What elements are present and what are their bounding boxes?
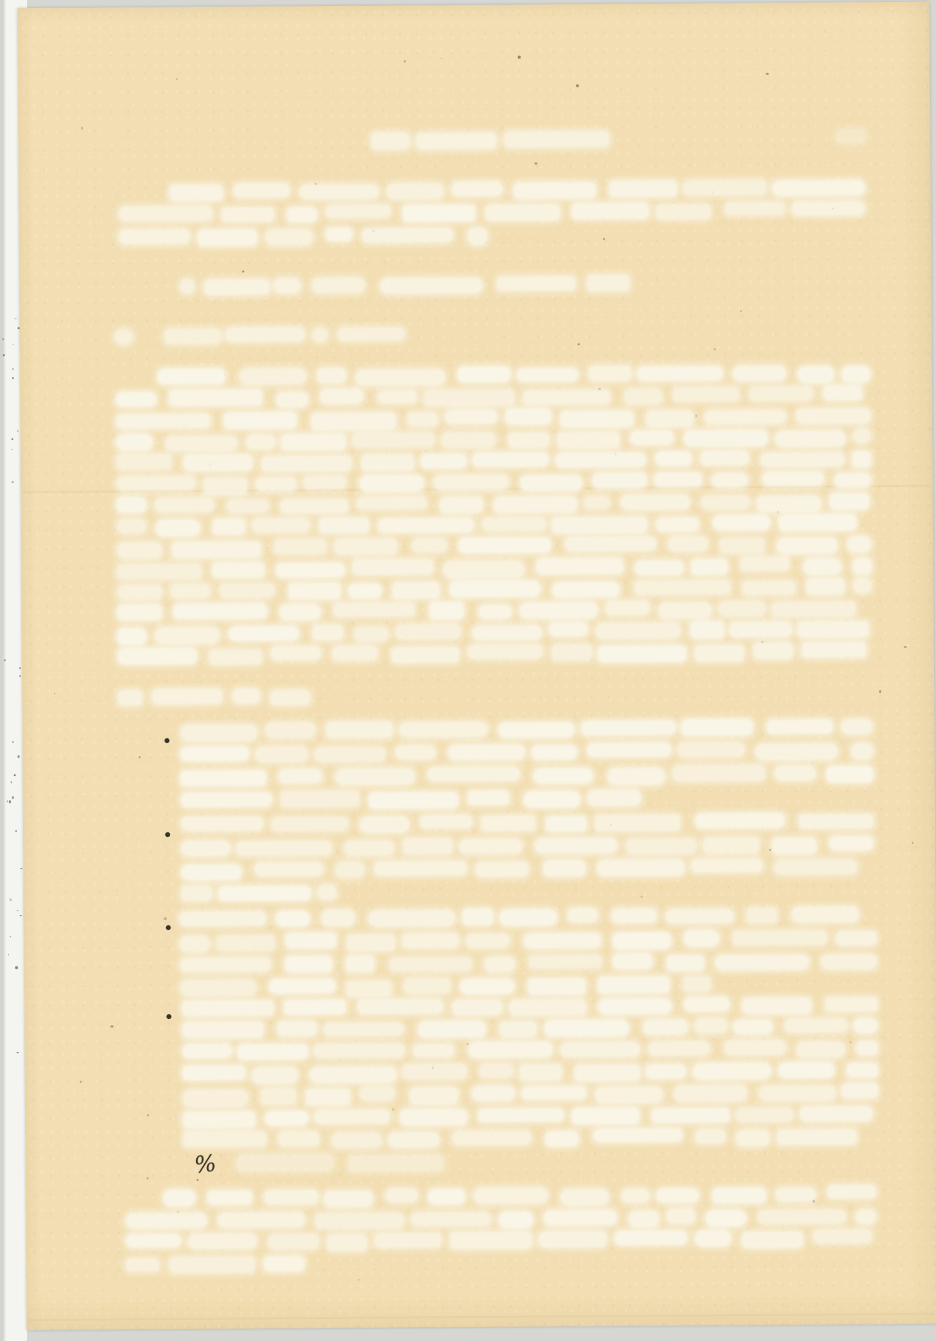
word-blob xyxy=(779,1063,833,1078)
word-blob xyxy=(117,542,162,558)
word-blob xyxy=(183,1132,266,1147)
word-blob xyxy=(116,413,210,428)
word-blob xyxy=(181,841,230,856)
word-blob xyxy=(643,1019,687,1034)
word-blob xyxy=(306,1089,351,1106)
word-blob xyxy=(667,955,704,971)
word-blob xyxy=(389,957,472,971)
word-blob xyxy=(169,1257,255,1273)
word-blob xyxy=(592,473,647,488)
word-blob xyxy=(615,1230,686,1245)
word-blob xyxy=(715,954,809,970)
word-blob xyxy=(673,1085,747,1101)
word-blob xyxy=(484,956,516,972)
word-blob xyxy=(733,366,786,381)
word-blob xyxy=(218,1212,305,1228)
word-blob xyxy=(774,766,816,781)
word-blob xyxy=(476,862,529,877)
word-blob xyxy=(720,538,765,553)
word-blob xyxy=(729,622,791,638)
word-blob xyxy=(183,454,252,470)
word-blob xyxy=(448,745,524,761)
word-blob xyxy=(374,861,466,876)
word-blob xyxy=(411,1212,491,1226)
word-blob xyxy=(182,1001,273,1017)
word-blob xyxy=(317,885,336,900)
word-blob xyxy=(278,1022,317,1037)
word-blob xyxy=(459,537,550,553)
word-blob xyxy=(791,201,864,216)
word-blob xyxy=(165,329,221,344)
word-blob xyxy=(552,582,620,598)
word-blob xyxy=(126,1213,207,1228)
word-blob xyxy=(320,389,363,404)
word-blob xyxy=(371,133,409,150)
word-blob xyxy=(560,411,633,427)
word-blob xyxy=(403,1064,467,1080)
word-blob xyxy=(693,1063,771,1079)
word-blob xyxy=(180,724,257,741)
word-blob xyxy=(635,561,683,575)
word-blob xyxy=(523,791,579,807)
word-blob xyxy=(181,865,241,880)
word-blob xyxy=(333,602,414,617)
word-blob xyxy=(183,1112,255,1128)
word-blob xyxy=(626,839,696,854)
word-blob xyxy=(756,744,838,761)
word-blob xyxy=(403,838,452,854)
word-blob xyxy=(799,814,874,829)
word-blob xyxy=(481,815,534,831)
word-blob xyxy=(315,746,385,762)
word-blob xyxy=(463,909,493,925)
word-blob xyxy=(300,185,379,199)
word-blob xyxy=(468,228,488,245)
word-blob xyxy=(466,934,510,948)
word-blob xyxy=(775,430,845,446)
word-blob xyxy=(753,643,792,659)
word-blob xyxy=(609,180,676,197)
word-blob xyxy=(778,514,855,531)
word-blob xyxy=(278,1131,319,1147)
word-blob xyxy=(468,645,543,659)
word-blob xyxy=(332,1133,381,1148)
word-blob xyxy=(646,410,693,427)
word-blob xyxy=(691,859,763,873)
closing-paragraph xyxy=(0,0,931,3)
word-blob xyxy=(236,841,331,856)
word-blob xyxy=(854,1018,878,1033)
word-blob xyxy=(718,601,765,616)
word-blob xyxy=(158,369,225,384)
word-blob xyxy=(352,432,434,448)
word-blob xyxy=(666,1209,695,1223)
word-blob xyxy=(204,279,269,295)
word-blob xyxy=(180,979,256,995)
word-blob xyxy=(733,931,827,946)
word-blob xyxy=(213,518,246,535)
word-blob xyxy=(180,911,267,926)
word-blob xyxy=(536,838,618,853)
word-blob xyxy=(827,1185,876,1199)
word-blob xyxy=(595,815,680,831)
word-blob xyxy=(444,561,525,578)
word-blob xyxy=(583,496,610,510)
word-blob xyxy=(724,201,785,215)
word-blob xyxy=(827,766,873,783)
word-blob xyxy=(268,1234,319,1249)
word-blob xyxy=(524,933,601,948)
word-blob xyxy=(558,432,620,448)
word-blob xyxy=(154,498,213,513)
word-blob xyxy=(326,722,392,738)
word-blob xyxy=(695,1018,728,1033)
word-blob xyxy=(701,451,748,465)
word-blob xyxy=(802,642,866,658)
word-blob xyxy=(568,908,598,923)
word-blob xyxy=(646,1065,686,1079)
word-blob xyxy=(209,649,263,665)
word-blob xyxy=(690,622,723,639)
word-blob xyxy=(656,452,691,466)
word-blob xyxy=(506,409,551,425)
word-blob xyxy=(116,434,152,450)
word-blob xyxy=(326,227,353,241)
word-blob xyxy=(180,957,271,972)
word-blob xyxy=(265,1111,308,1126)
word-blob xyxy=(539,1231,607,1248)
word-blob xyxy=(682,719,753,736)
bullet-dot: • xyxy=(166,1014,171,1019)
word-blob xyxy=(621,494,691,510)
word-blob xyxy=(637,367,723,381)
word-blob xyxy=(402,934,459,949)
word-blob xyxy=(543,860,586,877)
word-blob xyxy=(348,1155,443,1172)
word-blob xyxy=(183,1044,232,1058)
word-blob xyxy=(556,453,646,468)
word-blob xyxy=(549,622,588,636)
word-blob xyxy=(407,412,439,427)
word-blob xyxy=(180,936,210,952)
word-blob xyxy=(847,1063,878,1078)
word-blob xyxy=(261,455,351,471)
word-blob xyxy=(701,495,750,510)
word-blob xyxy=(798,367,834,383)
word-blob xyxy=(418,1021,485,1038)
word-blob xyxy=(445,410,497,425)
word-blob xyxy=(847,536,872,553)
word-blob xyxy=(270,690,310,706)
word-blob xyxy=(514,182,596,198)
word-blob xyxy=(255,746,307,762)
word-blob xyxy=(561,1189,609,1205)
percent-symbol: % xyxy=(193,1151,218,1179)
word-blob xyxy=(362,228,453,242)
word-blob xyxy=(403,205,475,221)
word-blob xyxy=(459,838,522,854)
word-blob xyxy=(695,646,743,662)
word-blob xyxy=(449,580,540,597)
word-blob xyxy=(797,621,869,637)
word-blob xyxy=(386,1188,418,1202)
word-blob xyxy=(226,328,305,342)
word-blob xyxy=(441,432,496,448)
word-blob xyxy=(117,497,146,512)
word-blob xyxy=(486,205,561,221)
word-blob xyxy=(509,999,586,1016)
word-blob xyxy=(598,976,668,993)
bullet-dot: • xyxy=(166,925,171,930)
word-blob xyxy=(589,366,630,381)
word-blob xyxy=(545,1020,629,1037)
word-blob xyxy=(322,909,355,926)
word-blob xyxy=(324,1190,373,1206)
word-blob xyxy=(116,392,156,406)
word-blob xyxy=(624,389,662,405)
word-blob xyxy=(713,1188,766,1203)
word-blob xyxy=(775,859,858,874)
word-blob xyxy=(695,1230,731,1246)
word-blob xyxy=(598,998,671,1013)
word-blob xyxy=(761,452,845,467)
word-blob xyxy=(523,390,611,405)
body-paragraph xyxy=(0,0,931,3)
word-blob xyxy=(622,1188,650,1202)
word-blob xyxy=(152,689,222,704)
word-blob xyxy=(116,454,171,469)
word-blob xyxy=(757,495,822,512)
word-blob xyxy=(119,206,213,221)
word-blob xyxy=(853,559,871,575)
word-blob xyxy=(181,816,263,830)
word-blob xyxy=(183,1066,245,1080)
word-blob xyxy=(400,1109,467,1125)
word-blob xyxy=(742,1231,803,1247)
word-blob xyxy=(806,578,845,595)
word-blob xyxy=(314,1044,405,1059)
word-blob xyxy=(452,1000,502,1015)
word-blob xyxy=(429,602,464,619)
word-blob xyxy=(188,1233,258,1249)
word-blob xyxy=(261,1088,296,1104)
word-blob xyxy=(310,1066,396,1082)
bullet-item-3: • xyxy=(0,0,931,3)
word-blob xyxy=(173,604,267,619)
word-blob xyxy=(219,886,311,901)
word-blob xyxy=(433,475,508,490)
word-blob xyxy=(276,563,344,578)
word-blob xyxy=(388,1133,439,1148)
word-blob xyxy=(683,976,711,992)
paper-rotation-wrapper: % •••• xyxy=(0,0,936,1341)
word-blob xyxy=(546,817,587,832)
word-blob xyxy=(378,390,416,404)
word-blob xyxy=(356,369,445,386)
word-blob xyxy=(361,455,413,471)
word-blob xyxy=(312,278,364,293)
word-blob xyxy=(836,129,865,143)
word-blob xyxy=(836,931,877,945)
word-blob xyxy=(224,412,296,428)
word-blob xyxy=(255,862,324,876)
word-blob xyxy=(522,1086,586,1100)
word-blob xyxy=(281,498,349,513)
word-blob xyxy=(480,1064,513,1078)
word-blob xyxy=(458,367,510,382)
word-blob xyxy=(313,328,328,343)
word-blob xyxy=(695,812,785,828)
word-blob xyxy=(823,385,862,400)
word-blob xyxy=(360,817,409,833)
word-blob xyxy=(357,496,427,510)
word-blob xyxy=(704,410,787,425)
word-blob xyxy=(536,558,624,574)
word-blob xyxy=(498,722,574,738)
word-blob xyxy=(264,1190,317,1205)
word-blob xyxy=(613,933,671,949)
percent-line xyxy=(0,0,931,3)
word-blob xyxy=(265,723,315,739)
word-blob xyxy=(416,133,496,149)
word-blob xyxy=(803,558,841,574)
word-blob xyxy=(324,1022,404,1036)
word-blob xyxy=(552,517,647,534)
word-blob xyxy=(508,432,549,447)
word-blob xyxy=(749,387,813,401)
word-blob xyxy=(772,180,864,195)
word-blob xyxy=(183,1090,248,1107)
word-blob xyxy=(252,1067,297,1083)
word-blob xyxy=(115,329,133,344)
word-blob xyxy=(659,602,712,618)
word-blob xyxy=(274,279,300,294)
word-blob xyxy=(479,605,512,619)
word-blob xyxy=(857,1041,878,1055)
word-blob xyxy=(182,1022,263,1038)
running-head xyxy=(0,0,931,3)
word-blob xyxy=(450,1232,532,1249)
word-blob xyxy=(608,768,665,785)
word-blob xyxy=(236,1154,333,1172)
word-blob xyxy=(742,580,795,595)
word-blob xyxy=(842,720,873,735)
word-blob xyxy=(704,837,760,853)
page-number xyxy=(0,0,931,3)
word-blob xyxy=(472,1086,515,1101)
word-blob xyxy=(352,560,433,575)
word-blob xyxy=(572,203,649,219)
word-blob xyxy=(575,1065,640,1081)
word-blob xyxy=(800,1106,872,1122)
word-blob xyxy=(182,886,212,901)
word-blob xyxy=(281,434,345,451)
word-blob xyxy=(287,207,318,223)
word-blob xyxy=(587,275,629,291)
word-blob xyxy=(497,276,575,291)
word-blob xyxy=(126,1258,159,1272)
word-blob xyxy=(835,473,871,487)
word-blob xyxy=(203,478,246,494)
word-blob xyxy=(656,517,699,531)
word-blob xyxy=(311,413,397,430)
word-blob xyxy=(733,1020,772,1034)
bullet-dot: • xyxy=(165,832,170,837)
word-blob xyxy=(118,648,197,665)
word-blob xyxy=(255,477,296,491)
word-blob xyxy=(648,1041,709,1055)
word-blob xyxy=(344,840,394,856)
word-blob xyxy=(181,747,249,761)
word-blob xyxy=(404,978,450,993)
word-blob xyxy=(842,1083,878,1099)
word-blob xyxy=(777,1129,857,1144)
word-blob xyxy=(280,604,320,621)
word-blob xyxy=(544,1210,617,1225)
word-blob xyxy=(743,998,812,1014)
word-blob xyxy=(478,1108,563,1122)
word-blob xyxy=(588,742,671,757)
word-blob xyxy=(829,493,868,509)
word-blob xyxy=(757,1210,846,1225)
word-blob xyxy=(494,497,577,513)
word-blob xyxy=(821,954,878,970)
word-blob xyxy=(691,560,728,574)
word-blob xyxy=(169,390,261,407)
word-blob xyxy=(684,997,729,1012)
word-blob xyxy=(657,1189,699,1203)
word-blob xyxy=(233,183,290,197)
word-blob xyxy=(711,473,747,487)
word-blob xyxy=(771,602,856,617)
word-blob xyxy=(278,769,322,783)
word-blob xyxy=(572,1108,640,1124)
word-blob xyxy=(126,1234,181,1248)
word-blob xyxy=(288,583,341,599)
word-blob xyxy=(180,279,194,294)
word-blob xyxy=(170,184,223,200)
word-blob xyxy=(172,542,262,558)
word-blob xyxy=(375,1233,440,1248)
bullet-item-1: • xyxy=(0,0,931,3)
word-blob xyxy=(461,979,515,994)
word-blob xyxy=(335,862,364,878)
word-blob xyxy=(796,408,870,424)
word-blob xyxy=(326,204,392,218)
word-blob xyxy=(392,647,459,662)
word-blob xyxy=(357,999,443,1013)
word-blob xyxy=(565,537,656,551)
word-blob xyxy=(856,1209,876,1224)
word-blob xyxy=(156,520,200,536)
word-blob xyxy=(684,180,767,195)
word-blob xyxy=(155,627,220,644)
word-blob xyxy=(247,435,276,450)
word-blob xyxy=(853,428,871,443)
word-blob xyxy=(596,623,681,640)
word-blob xyxy=(208,1190,252,1205)
word-blob xyxy=(269,979,335,993)
word-blob xyxy=(119,229,190,244)
word-blob xyxy=(767,720,832,734)
word-blob xyxy=(252,518,310,533)
word-blob xyxy=(217,936,275,951)
word-blob xyxy=(724,1040,785,1056)
word-blob xyxy=(117,519,147,533)
word-blob xyxy=(354,626,389,642)
word-blob xyxy=(440,497,483,513)
word-blob xyxy=(777,538,838,554)
